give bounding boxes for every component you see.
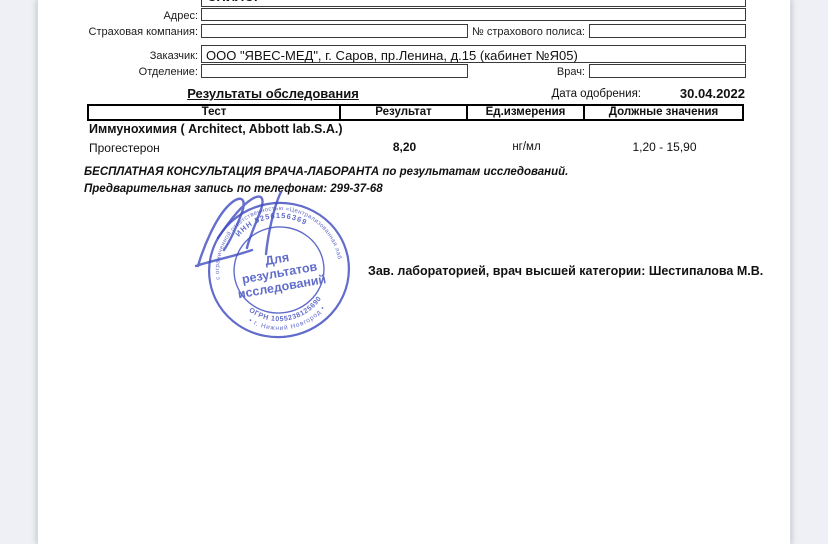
col-header-test: Тест [87,104,341,121]
doctor-field-value [590,65,745,66]
col-header-units: Ед.измерения [466,104,585,121]
results-table-header: Тест Результат Ед.измерения Должные знач… [87,104,744,121]
free-consultation-note: БЕСПЛАТНАЯ КОНСУЛЬТАЦИЯ ВРАЧА-ЛАБОРАНТА … [84,166,568,178]
lab-head-signature-line: Зав. лабораторией, врач высшей категории… [368,264,763,278]
insurance-policy-label: № страхового полиса: [428,26,585,38]
document-page: СНИЛС: Адрес: Страховая компания: № стра… [37,0,791,544]
lab-stamp: Общество с ограниченной ответственностью… [186,190,366,355]
address-label: Адрес: [41,10,198,22]
document-viewer: { "viewer": { "margin_color": "#eef0f5",… [0,0,828,544]
approval-date-value: 30.04.2022 [641,86,745,101]
customer-field-box: ООО "ЯВЕС-МЕД", г. Саров, пр.Ленина, д.1… [201,45,746,63]
test-name: Прогестерон [89,141,160,155]
test-reference-range: 1,20 - 15,90 [585,140,744,154]
doctor-label: Врач: [498,66,585,78]
address-field-box [201,8,746,21]
col-header-result: Результат [339,104,468,121]
customer-field-value: ООО "ЯВЕС-МЕД", г. Саров, пр.Ленина, д.1… [202,46,745,63]
test-units: нг/мл [468,141,585,153]
stamp-graphic: Общество с ограниченной ответственностью… [186,190,366,355]
results-title: Результаты обследования [153,86,393,101]
snils-field-box: СНИЛС: [201,0,746,7]
insurance-policy-field-box [589,24,746,38]
approval-date-label: Дата одобрения: [458,88,641,100]
department-field-value [202,65,467,66]
insurance-company-label: Страховая компания: [41,26,198,38]
viewer-right-margin [790,0,828,544]
address-field-value [202,9,745,10]
test-result: 8,20 [341,140,468,154]
doctor-field-box [589,64,746,78]
insurance-policy-field-value [590,25,745,26]
test-group-title: Иммунохимия ( Architect, Abbott lab.S.A.… [89,122,343,136]
customer-label: Заказчик: [41,50,198,62]
viewer-left-margin [0,0,37,544]
col-header-reference: Должные значения [583,104,744,121]
snils-field-value: СНИЛС: [207,0,258,4]
department-field-box [201,64,468,78]
department-label: Отделение: [41,66,198,78]
